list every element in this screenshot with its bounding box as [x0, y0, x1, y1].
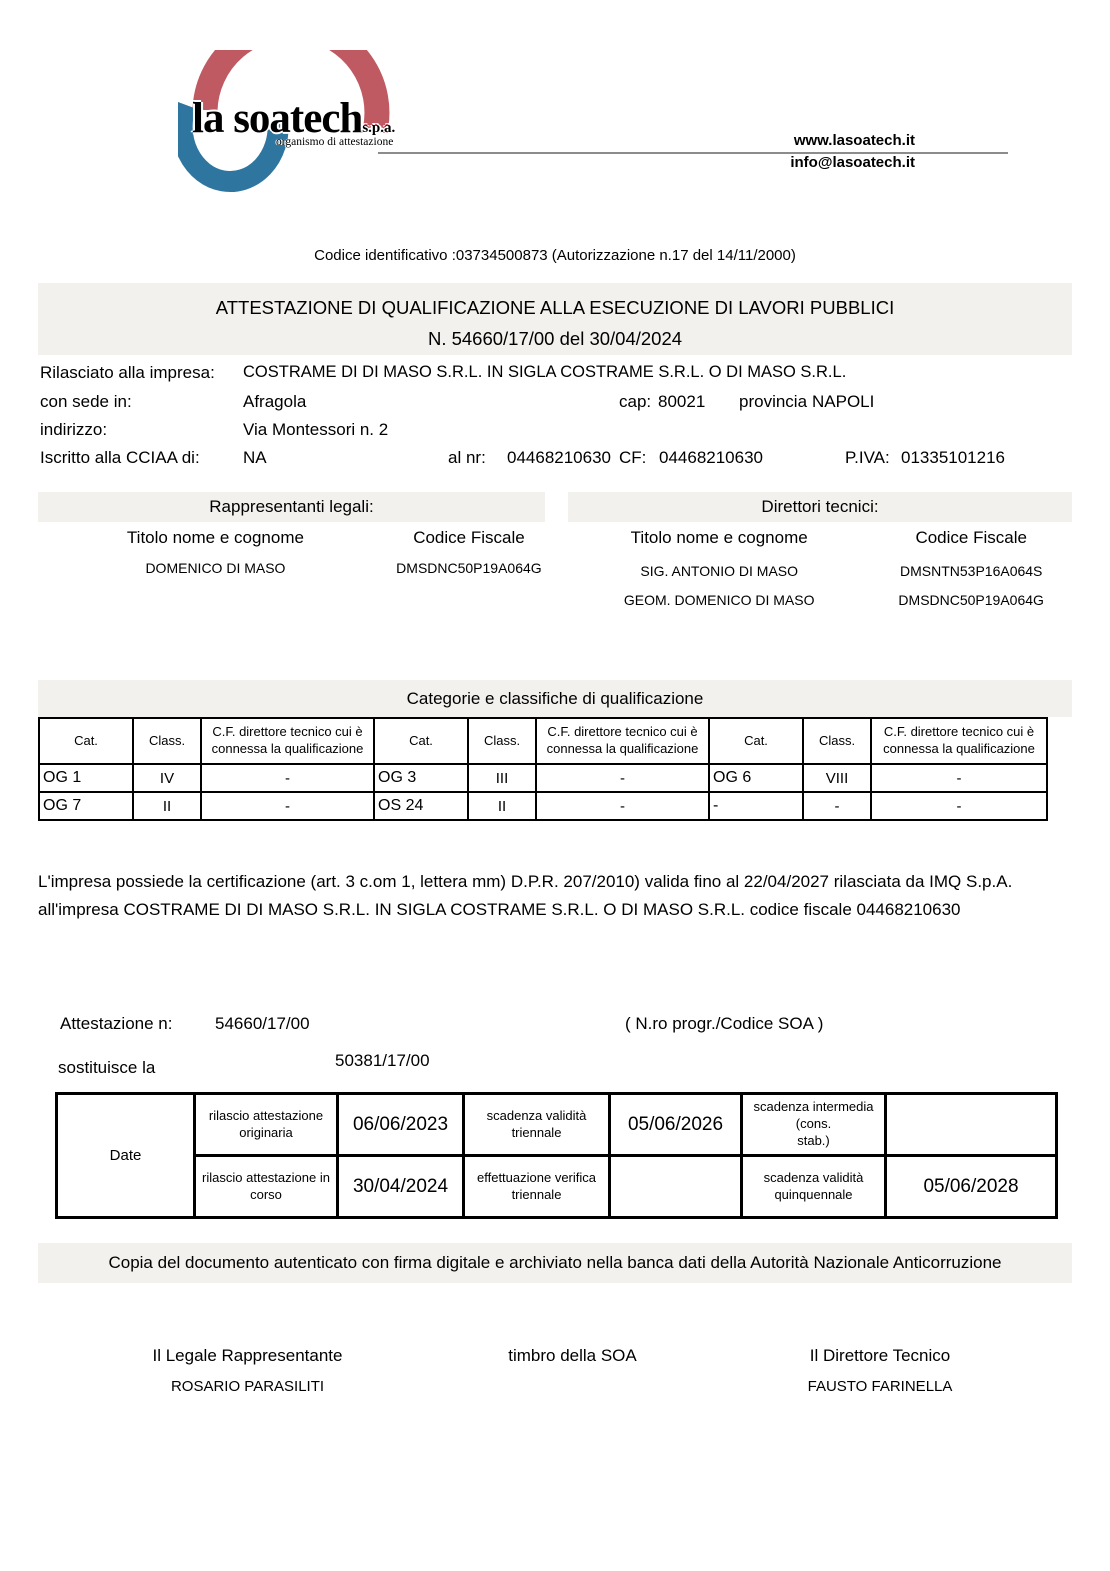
date-row-1: Date rilascio attestazione originaria 06… [57, 1094, 1057, 1156]
cf-value: 04468210630 [659, 448, 763, 468]
legali-col1-header: Titolo nome e cognome [38, 528, 393, 548]
alnr-value: 04468210630 [507, 448, 611, 468]
tecnico-cf: DMSDNC50P19A064G [870, 592, 1072, 608]
provincia-value: NAPOLI [812, 392, 874, 412]
categorie-data-row: OG 7 II - OS 24 II - - - - [39, 792, 1047, 820]
legali-row: DOMENICO DI MASO DMSDNC50P19A064G [38, 560, 545, 576]
cf-label: CF: [619, 448, 646, 468]
cciaa-label: Iscritto alla CCIAA di: [40, 448, 200, 468]
scadenza-quinquennale-label: scadenza validità quinquennale [742, 1156, 886, 1218]
email-link: info@lasoatech.it [750, 152, 915, 174]
date-table: Date rilascio attestazione originaria 06… [55, 1092, 1058, 1219]
rilascio-in-corso-label: rilascio attestazione in corso [195, 1156, 338, 1218]
logo-name: la soatech [192, 95, 362, 142]
categorie-band: Categorie e classifiche di qualificazion… [38, 680, 1072, 717]
date-row-label: Date [57, 1094, 195, 1218]
legale-rappresentante-label: Il Legale Rappresentante [120, 1346, 375, 1366]
categorie-data-row: OG 1 IV - OG 3 III - OG 6 VIII - [39, 764, 1047, 792]
date-row-2: rilascio attestazione in corso 30/04/202… [57, 1156, 1057, 1218]
cat-cell: OG 7 [39, 792, 133, 820]
piva-value: 01335101216 [901, 448, 1005, 468]
logo-suffix: s.p.a. [362, 120, 395, 136]
cf-cell: - [871, 792, 1047, 820]
tecnico-name: GEOM. DOMENICO DI MASO [568, 592, 870, 608]
cap-label: cap: [619, 392, 651, 412]
class-cell: II [468, 792, 536, 820]
progr-codice-note: ( N.ro progr./Codice SOA ) [625, 1014, 823, 1034]
cat-cell: - [709, 792, 803, 820]
legali-col2-header: Codice Fiscale [393, 528, 545, 548]
sede-label: con sede in: [40, 392, 132, 412]
scadenza-intermedia-date [886, 1094, 1057, 1156]
indirizzo-label: indirizzo: [40, 420, 107, 440]
cat-header: Cat. [39, 718, 133, 764]
cf-cell: - [201, 792, 374, 820]
codice-identificativo-line: Codice identificativo :03734500873 (Auto… [0, 247, 1110, 264]
cf-header: C.F. direttore tecnico cui è connessa la… [536, 718, 709, 764]
cat-cell: OG 1 [39, 764, 133, 792]
cf-cell: - [871, 764, 1047, 792]
legale-cf: DMSDNC50P19A064G [393, 560, 545, 576]
cat-cell: OG 6 [709, 764, 803, 792]
class-cell: III [468, 764, 536, 792]
certification-paragraph: L'impresa possiede la certificazione (ar… [38, 868, 1070, 923]
direttori-tecnici-band: Direttori tecnici: [568, 492, 1072, 522]
legale-name: DOMENICO DI MASO [38, 560, 393, 576]
document-number: N. 54660/17/00 del 30/04/2024 [38, 323, 1072, 354]
scadenza-quinquennale-date: 05/06/2028 [886, 1156, 1057, 1218]
attestazione-number: 54660/17/00 [215, 1014, 310, 1034]
contact-block: www.lasoatech.it info@lasoatech.it [750, 130, 915, 174]
logo-tagline: organismo di attestazione [276, 136, 393, 148]
effettuazione-verifica-date [610, 1156, 742, 1218]
indirizzo-value: Via Montessori n. 2 [243, 420, 388, 440]
class-cell: II [133, 792, 201, 820]
direttore-tecnico-name: FAUSTO FARINELLA [755, 1378, 1005, 1395]
rilasciato-value: COSTRAME DI DI MASO S.R.L. IN SIGLA COST… [243, 363, 846, 382]
cf-cell: - [536, 792, 709, 820]
cciaa-value: NA [243, 448, 267, 468]
tecnici-col1-header: Titolo nome e cognome [568, 528, 870, 548]
class-header: Class. [803, 718, 871, 764]
class-header: Class. [133, 718, 201, 764]
company-logo: la soatechs.p.a. organismo di attestazio… [178, 50, 393, 220]
class-cell: - [803, 792, 871, 820]
rilascio-in-corso-date: 30/04/2024 [338, 1156, 464, 1218]
cat-header: Cat. [374, 718, 468, 764]
categorie-header-row: Cat. Class. C.F. direttore tecnico cui è… [39, 718, 1047, 764]
provincia-label: provincia [739, 392, 807, 412]
sostituisce-value: 50381/17/00 [335, 1051, 430, 1071]
tecnico-name: SIG. ANTONIO DI MASO [568, 563, 870, 579]
rilasciato-label: Rilasciato alla impresa: [40, 363, 215, 383]
rappresentanti-legali-band: Rappresentanti legali: [38, 492, 545, 522]
legale-rappresentante-name: ROSARIO PARASILITI [120, 1378, 375, 1395]
copia-notice-band: Copia del documento autenticato con firm… [38, 1243, 1072, 1283]
attestation-document-page: la soatechs.p.a. organismo di attestazio… [0, 0, 1110, 1571]
cf-header: C.F. direttore tecnico cui è connessa la… [201, 718, 374, 764]
legali-header-row: Titolo nome e cognome Codice Fiscale [38, 528, 545, 548]
class-header: Class. [468, 718, 536, 764]
title-band: ATTESTAZIONE DI QUALIFICAZIONE ALLA ESEC… [38, 283, 1072, 355]
cat-cell: OG 3 [374, 764, 468, 792]
effettuazione-verifica-label: effettuazione verifica triennale [464, 1156, 610, 1218]
rilascio-originaria-label: rilascio attestazione originaria [195, 1094, 338, 1156]
cf-cell: - [201, 764, 374, 792]
scadenza-triennale-date: 05/06/2026 [610, 1094, 742, 1156]
tecnici-col2-header: Codice Fiscale [870, 528, 1072, 548]
class-cell: VIII [803, 764, 871, 792]
alnr-label: al nr: [448, 448, 486, 468]
cat-cell: OS 24 [374, 792, 468, 820]
attestazione-label: Attestazione n: [60, 1014, 172, 1034]
website-link: www.lasoatech.it [750, 130, 915, 152]
piva-label: P.IVA: [845, 448, 890, 468]
tecnici-row: GEOM. DOMENICO DI MASO DMSDNC50P19A064G [568, 592, 1072, 608]
cap-value: 80021 [658, 392, 705, 412]
class-cell: IV [133, 764, 201, 792]
scadenza-triennale-label: scadenza validità triennale [464, 1094, 610, 1156]
tecnico-cf: DMSNTN53P16A064S [870, 563, 1072, 579]
cat-header: Cat. [709, 718, 803, 764]
timbro-soa-label: timbro della SOA [450, 1346, 695, 1366]
direttore-tecnico-label: Il Direttore Tecnico [755, 1346, 1005, 1366]
tecnici-header-row: Titolo nome e cognome Codice Fiscale [568, 528, 1072, 548]
sede-value: Afragola [243, 392, 306, 412]
tecnici-row: SIG. ANTONIO DI MASO DMSNTN53P16A064S [568, 563, 1072, 579]
cf-cell: - [536, 764, 709, 792]
document-title: ATTESTAZIONE DI QUALIFICAZIONE ALLA ESEC… [38, 292, 1072, 323]
scadenza-intermedia-label: scadenza intermedia (cons. stab.) [742, 1094, 886, 1156]
rilascio-originaria-date: 06/06/2023 [338, 1094, 464, 1156]
cf-header: C.F. direttore tecnico cui è connessa la… [871, 718, 1047, 764]
categorie-table: Cat. Class. C.F. direttore tecnico cui è… [38, 717, 1048, 821]
sostituisce-label: sostituisce la [58, 1058, 155, 1078]
